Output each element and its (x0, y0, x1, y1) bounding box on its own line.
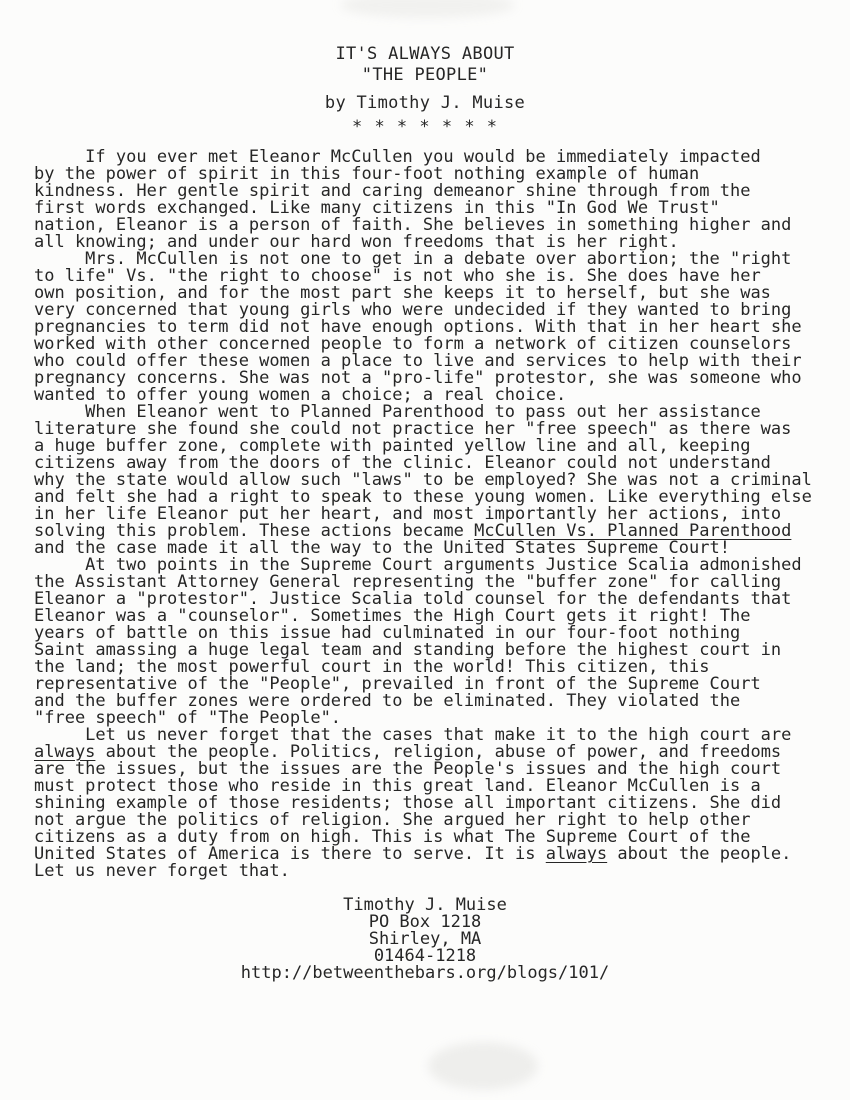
paragraph-4: At two points in the Supreme Court argum… (34, 557, 840, 727)
page-title-line-1: IT'S ALWAYS ABOUT (0, 44, 850, 65)
document-page: IT'S ALWAYS ABOUT "THE PEOPLE" by Timoth… (0, 0, 850, 1100)
paragraph-5: Let us never forget that the cases that … (34, 727, 840, 880)
byline: by Timothy J. Muise (0, 95, 850, 112)
underlined-text: always (546, 844, 607, 864)
text-line: Let us never forget that. (34, 863, 840, 880)
paragraph-3: When Eleanor went to Planned Parenthood … (34, 404, 840, 557)
asterisk-divider: * * * * * * * (0, 119, 850, 136)
paragraph-1: If you ever met Eleanor McCullen you wou… (34, 149, 840, 251)
document-header: IT'S ALWAYS ABOUT "THE PEOPLE" by Timoth… (0, 0, 850, 136)
document-footer: Timothy J. MuisePO Box 1218Shirley, MA01… (0, 897, 850, 982)
paragraph-2: Mrs. McCullen is not one to get in a deb… (34, 251, 840, 404)
page-title-line-2: "THE PEOPLE" (0, 65, 850, 86)
text-line: http://betweenthebars.org/blogs/101/ (0, 965, 850, 982)
document-body: If you ever met Eleanor McCullen you wou… (0, 149, 850, 880)
scan-artifact-bottom (428, 1042, 538, 1090)
